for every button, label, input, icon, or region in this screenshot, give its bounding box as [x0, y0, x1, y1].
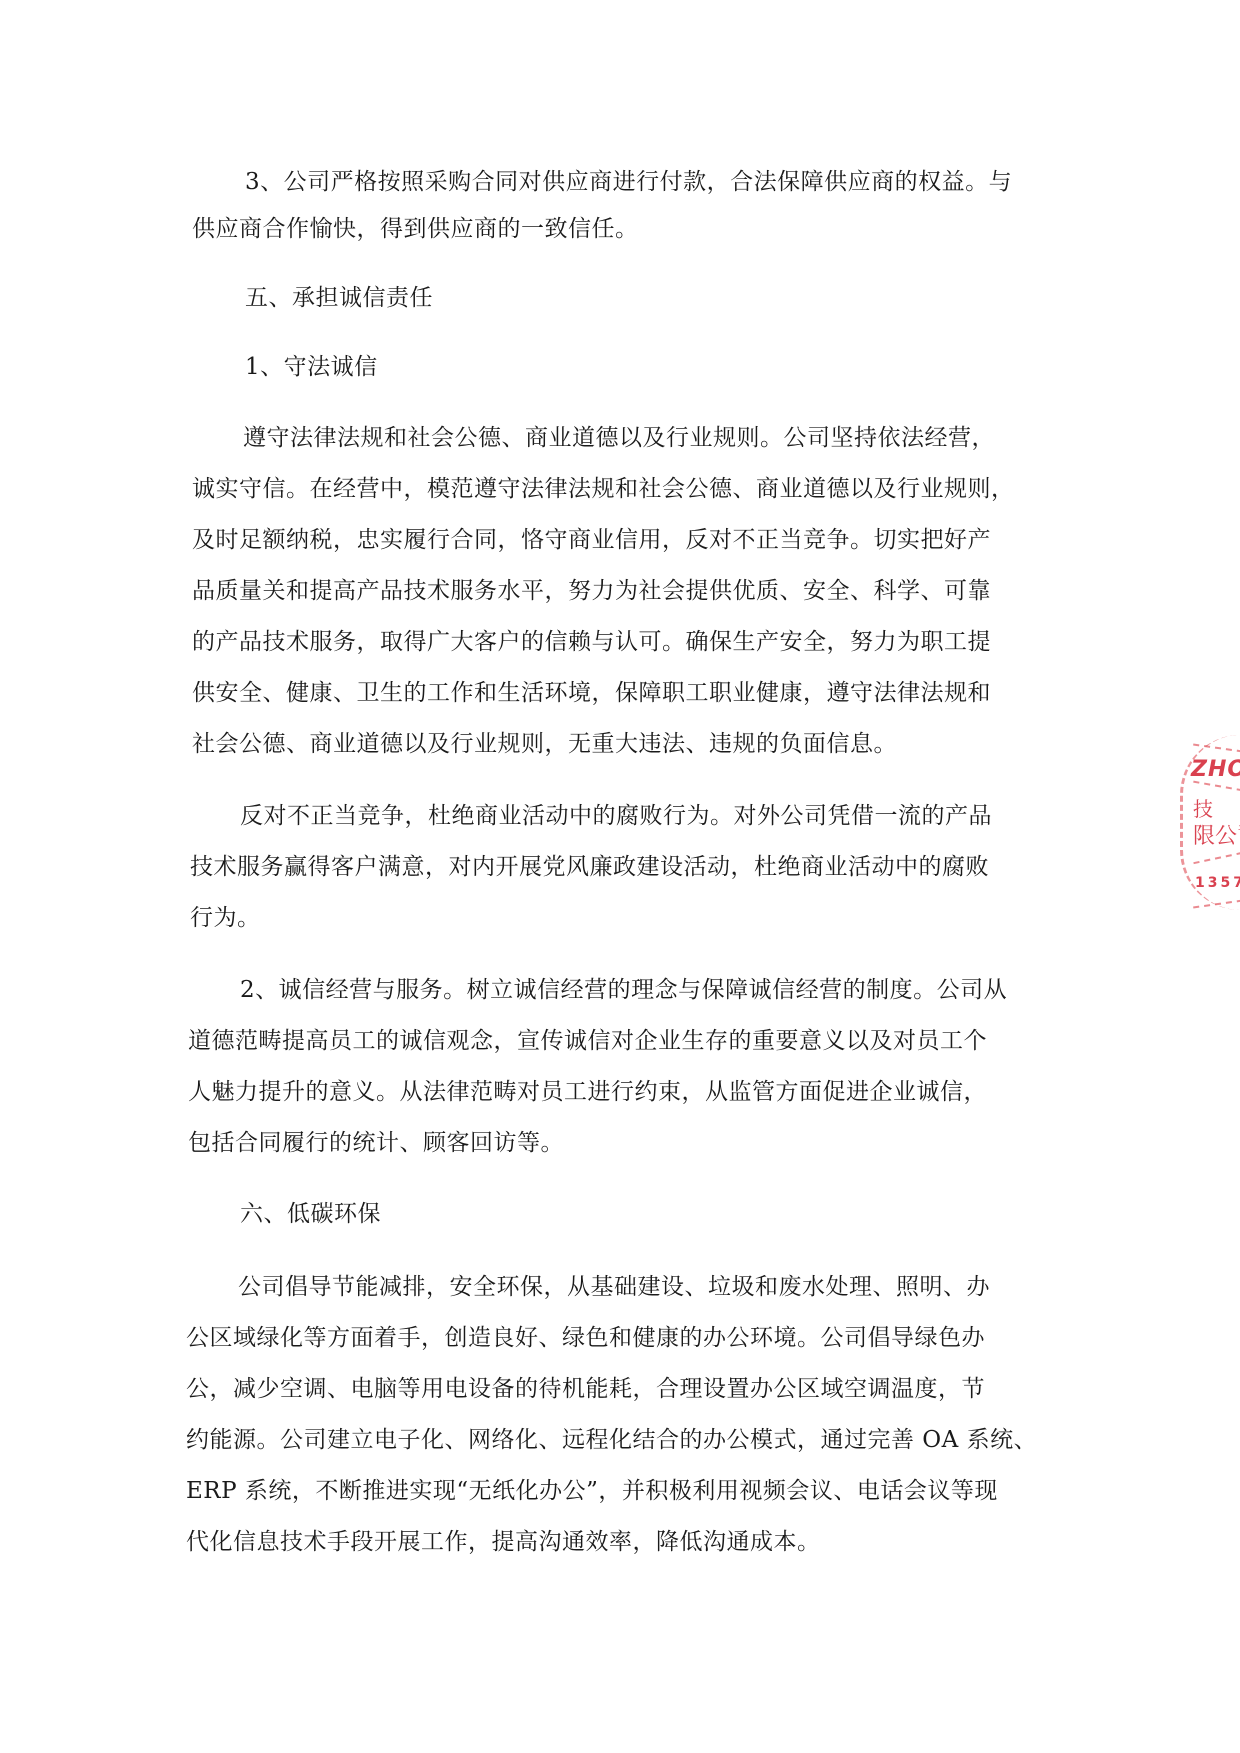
text-line: 3、公司严格按照采购合同对供应商进行付款，合法保障供应商的权益。与	[245, 168, 1012, 196]
text-line: 遵守法律法规和社会公德、商业道德以及行业规则。公司坚持依法经营，	[243, 424, 995, 452]
text-line: 五、承担诚信责任	[245, 284, 433, 312]
text-line: 人魅力提升的意义。从法律范畴对员工进行约束，从监管方面促进企业诚信，	[188, 1078, 987, 1106]
seal-border-arc	[1193, 900, 1240, 909]
text-line: 反对不正当竞争，杜绝商业活动中的腐败行为。对外公司凭借一流的产品	[240, 802, 992, 830]
text-line: 技术服务赢得客户满意，对内开展党风廉政建设活动，杜绝商业活动中的腐败	[190, 853, 989, 881]
text-line: 公司倡导节能减排，安全环保，从基础建设、垃圾和废水处理、照明、办	[238, 1273, 990, 1301]
text-line: 的产品技术服务，取得广大客户的信赖与认可。确保生产安全，努力为职工提	[192, 628, 991, 656]
seal-text-mid2: 限公司	[1193, 819, 1240, 850]
text-line: 道德范畴提高员工的诚信观念，宣传诚信对企业生存的重要意义以及对员工个	[188, 1027, 987, 1055]
text-line: 社会公德、商业道德以及行业规则，无重大违法、违规的负面信息。	[192, 730, 897, 758]
text-line: 行为。	[190, 904, 261, 932]
text-line: 代化信息技术手段开展工作，提高沟通效率，降低沟通成本。	[186, 1528, 821, 1556]
text-line: ERP 系统，不断推进实现“无纸化办公”，并积极利用视频会议、电话会议等现	[186, 1477, 998, 1505]
seal-border-arc	[1193, 781, 1240, 792]
text-line: 公区域绿化等方面着手，创造良好、绿色和健康的办公环境。公司倡导绿色办	[186, 1324, 985, 1352]
seal-border-arc	[1193, 852, 1240, 864]
company-seal-stamp: ZHOU 技 限公司 1357	[1180, 735, 1240, 910]
seal-text-top: ZHOU	[1191, 757, 1240, 782]
text-line: 诚实守信。在经营中，模范遵守法律法规和社会公德、商业道德以及行业规则，	[192, 475, 1015, 503]
seal-text-number: 1357	[1195, 875, 1240, 891]
text-line: 品质量关和提高产品技术服务水平，努力为社会提供优质、安全、科学、可靠	[192, 577, 991, 605]
text-line: 2、诚信经营与服务。树立诚信经营的理念与保障诚信经营的制度。公司从	[240, 976, 1007, 1004]
text-line: 供应商合作愉快，得到供应商的一致信任。	[192, 215, 639, 243]
text-line: 1、守法诚信	[245, 353, 378, 381]
text-line: 包括合同履行的统计、顾客回访等。	[188, 1129, 564, 1157]
text-line: 约能源。公司建立电子化、网络化、远程化结合的办公模式，通过完善 OA 系统、	[186, 1426, 1037, 1454]
seal-text-mid1: 技	[1193, 793, 1213, 822]
seal-border-arc	[1193, 744, 1240, 753]
text-line: 公，减少空调、电脑等用电设备的待机能耗，合理设置办公区域空调温度，节	[186, 1375, 985, 1403]
text-line: 供安全、健康、卫生的工作和生活环境，保障职工职业健康，遵守法律法规和	[192, 679, 991, 707]
text-line: 及时足额纳税，忠实履行合同，恪守商业信用，反对不正当竞争。切实把好产	[192, 526, 991, 554]
text-line: 六、低碳环保	[240, 1200, 381, 1228]
document-page: 3、公司严格按照采购合同对供应商进行付款，合法保障供应商的权益。与供应商合作愉快…	[0, 0, 1240, 1753]
